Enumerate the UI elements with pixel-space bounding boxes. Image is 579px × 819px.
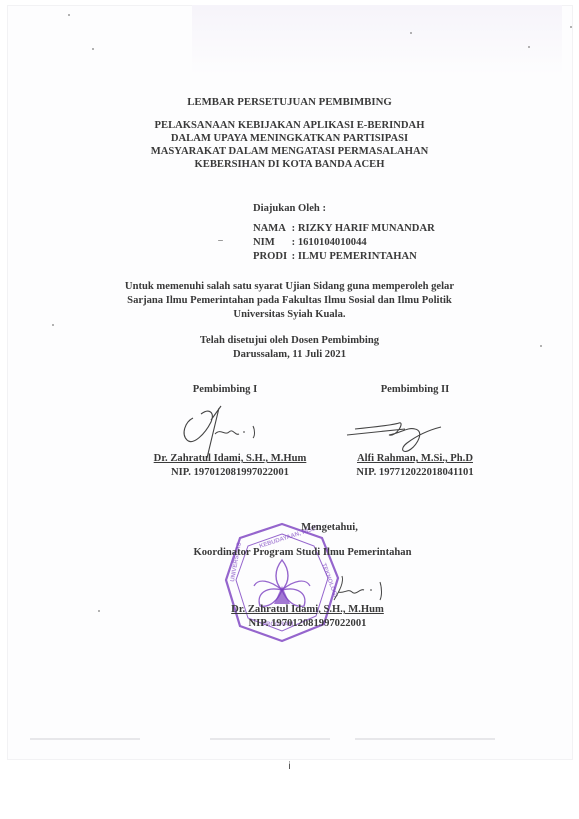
- scan-speck: [528, 46, 530, 48]
- thesis-title-line: DALAM UPAYA MENINGKATKAN PARTISIPASI: [0, 132, 579, 145]
- signature-3-icon: [330, 572, 400, 607]
- supervisor-2-name: Alfi Rahman, M.Si., Ph.D: [330, 452, 500, 465]
- scan-edge-line: [30, 738, 140, 740]
- scan-speck: [218, 240, 223, 241]
- coordinator-name: Dr. Zahratul Idami, S.H., M.Hum: [18, 603, 579, 616]
- field-label: NIM: [253, 236, 289, 249]
- approval-line: Telah disetujui oleh Dosen Pembimbing: [0, 334, 579, 347]
- supervisor-2-role: Pembimbing II: [340, 383, 490, 396]
- purpose-line: Universitas Syiah Kuala.: [0, 308, 579, 321]
- submitted-by-label: Diajukan Oleh :: [0, 202, 579, 215]
- scan-edge-line: [210, 738, 330, 740]
- field-value: : RIZKY HARIF MUNANDAR: [292, 223, 435, 234]
- supervisor-1-nip: NIP. 197012081997022001: [140, 466, 320, 479]
- field-value: : 1610104010044: [292, 237, 367, 248]
- thesis-title-line: PELAKSANAAN KEBIJAKAN APLIKASI E-BERINDA…: [0, 119, 579, 132]
- scan-speck: [68, 14, 70, 16]
- field-label: PRODI: [253, 250, 289, 263]
- document-title: LEMBAR PERSETUJUAN PEMBIMBING: [0, 96, 579, 109]
- purpose-line: Untuk memenuhi salah satu syarat Ujian S…: [0, 280, 579, 293]
- field-value: : ILMU PEMERINTAHAN: [292, 251, 417, 262]
- coordinator-nip: NIP. 197012081997022001: [18, 617, 579, 630]
- purpose-line: Sarjana Ilmu Pemerintahan pada Fakultas …: [0, 294, 579, 307]
- student-name-row: NAMA : RIZKY HARIF MUNANDAR: [253, 222, 435, 235]
- student-nim-row: NIM : 1610104010044: [253, 236, 367, 249]
- coordinator-role: Koordinator Program Studi Ilmu Pemerinta…: [13, 546, 579, 559]
- supervisor-2-nip: NIP. 197712022018041101: [330, 466, 500, 479]
- thesis-title-line: MASYARAKAT DALAM MENGATASI PERMASALAHAN: [0, 145, 579, 158]
- student-prodi-row: PRODI : ILMU PEMERINTAHAN: [253, 250, 417, 263]
- field-label: NAMA: [253, 222, 289, 235]
- scan-speck: [92, 48, 94, 50]
- scan-edge-line: [355, 738, 495, 740]
- signature-1-icon: [175, 400, 275, 460]
- thesis-title-line: KEBERSIHAN DI KOTA BANDA ACEH: [0, 158, 579, 171]
- page-number: i: [0, 761, 579, 772]
- supervisor-1-role: Pembimbing I: [150, 383, 300, 396]
- scan-speck: [410, 32, 412, 34]
- acknowledgement-label: Mengetahui,: [40, 521, 579, 534]
- scan-speck: [52, 324, 54, 326]
- approval-date: Darussalam, 11 Juli 2021: [0, 348, 579, 361]
- scan-tint: [192, 5, 562, 75]
- scan-speck: [570, 26, 572, 28]
- supervisor-1-name: Dr. Zahratul Idami, S.H., M.Hum: [140, 452, 320, 465]
